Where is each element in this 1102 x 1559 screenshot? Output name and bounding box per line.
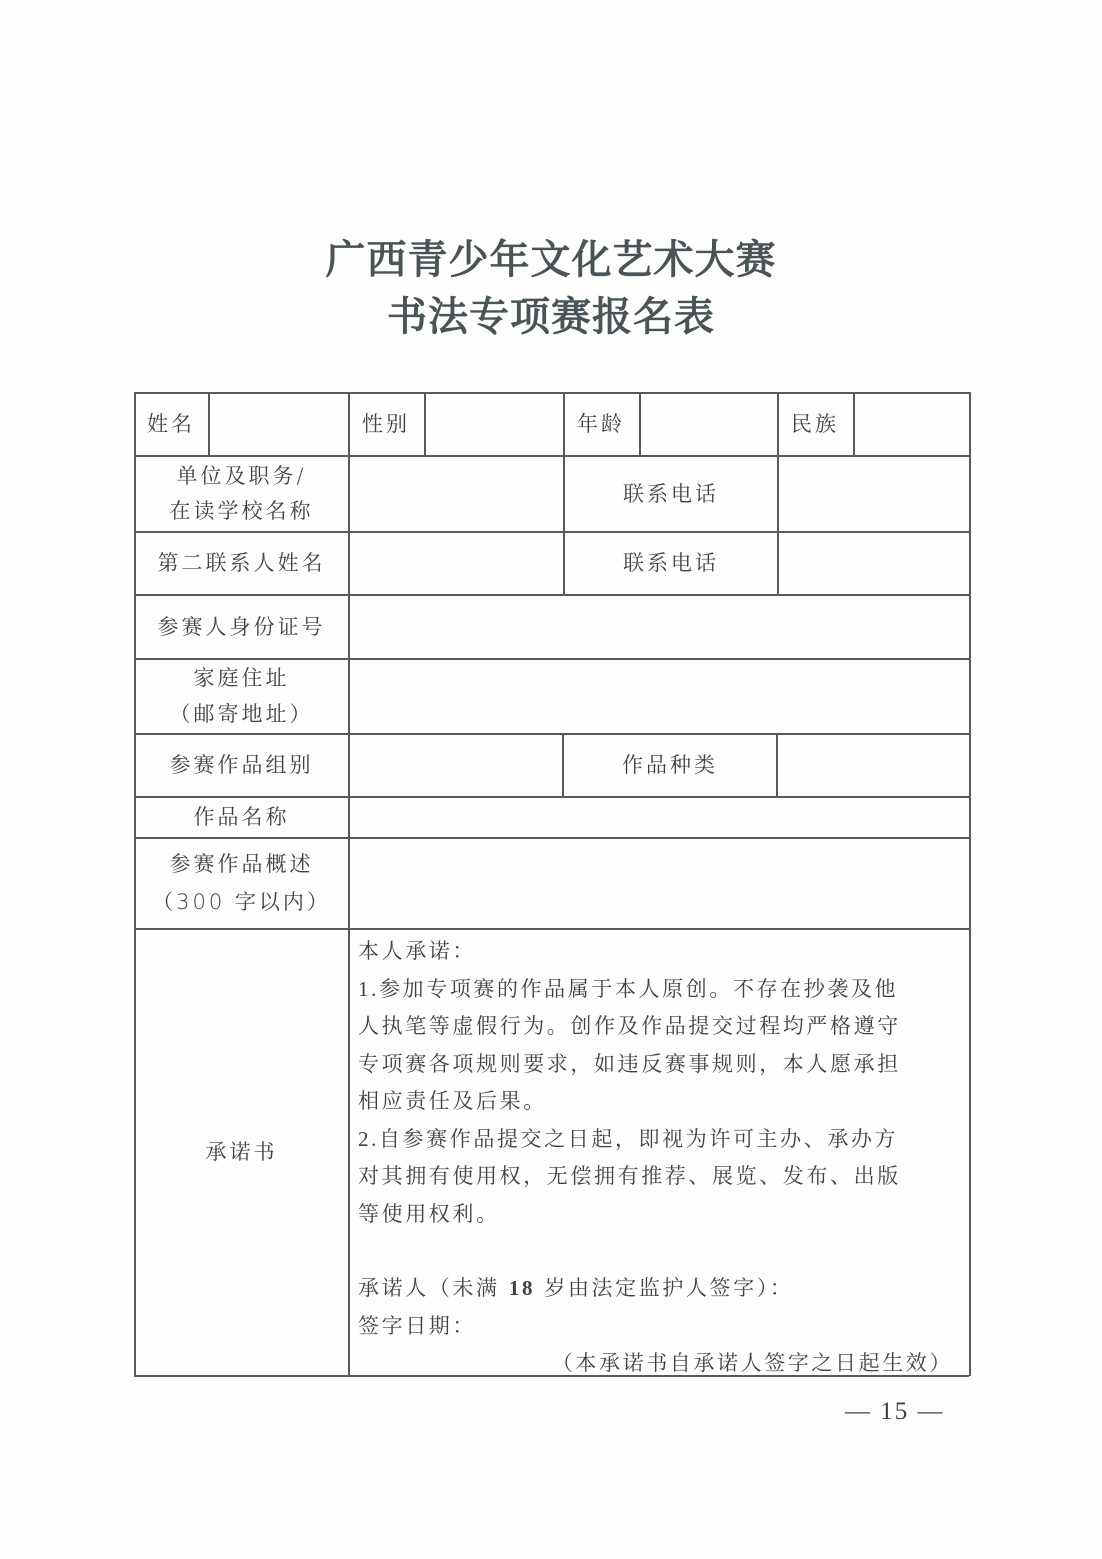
ethnicity-field[interactable] [855, 394, 968, 454]
signer-label-post: 岁由法定监护人签字）： [535, 1276, 793, 1300]
second-contact-field[interactable] [350, 533, 562, 593]
pledge-item-1: 1.参加专项赛的作品属于本人原创。不存在抄袭及他 [358, 971, 963, 1009]
effective-note: （本承诺书自承诺人签字之日起生效） [358, 1345, 963, 1383]
pledge-item-1-number: 1. [358, 977, 379, 1001]
organization-field[interactable] [350, 457, 562, 530]
pledge-item-2-line1: 自参赛作品提交之日起，即视为许可主办、承办方 [379, 1127, 898, 1151]
work-name-field[interactable] [350, 798, 968, 836]
organization-label: 单位及职务/ 在读学校名称 [135, 456, 348, 531]
page-number: — 15 — [845, 1398, 945, 1426]
pledge-item-1-line1: 参加专项赛的作品属于本人原创。不存在抄袭及他 [379, 977, 898, 1001]
gender-field[interactable] [426, 394, 562, 454]
gender-label: 性别 [350, 393, 424, 455]
phone-label: 联系电话 [565, 456, 777, 531]
second-phone-label: 联系电话 [565, 532, 777, 594]
name-label: 姓名 [135, 393, 208, 455]
work-summary-field[interactable] [350, 839, 968, 927]
sign-date-line[interactable]: 签字日期： [358, 1308, 963, 1346]
id-number-field[interactable] [350, 596, 968, 657]
age-label: 年龄 [565, 393, 639, 455]
table-border-right [969, 392, 971, 1376]
pledge-label: 承诺书 [135, 929, 348, 1375]
pledge-item-1-line3: 专项赛各项规则要求，如违反赛事规则，本人愿承担 [358, 1046, 963, 1084]
work-type-label: 作品种类 [564, 734, 776, 796]
id-number-label: 参赛人身份证号 [135, 595, 348, 658]
work-name-label: 作品名称 [135, 797, 348, 837]
signer-age: 18 [509, 1276, 535, 1300]
pledge-item-2-number: 2. [358, 1127, 379, 1151]
organization-label-line2: 在读学校名称 [170, 494, 314, 529]
second-contact-label: 第二联系人姓名 [135, 532, 348, 594]
organization-label-line1: 单位及职务/ [176, 459, 306, 494]
ethnicity-label: 民族 [779, 393, 853, 455]
pledge-item-1-line4: 相应责任及后果。 [358, 1083, 963, 1121]
address-field[interactable] [350, 660, 968, 732]
age-field[interactable] [641, 394, 776, 454]
phone-field[interactable] [779, 457, 968, 530]
pledge-content: 本人承诺： 1.参加专项赛的作品属于本人原创。不存在抄袭及他 人执笔等虚假行为。… [358, 933, 963, 1383]
name-field[interactable] [210, 394, 347, 454]
pledge-item-2-line3: 等使用权利。 [358, 1196, 963, 1234]
work-group-label: 参赛作品组别 [135, 734, 348, 796]
pledge-item-2-line2: 对其拥有使用权，无偿拥有推荐、展览、发布、出版 [358, 1158, 963, 1196]
signer-label-pre: 承诺人（未满 [358, 1276, 509, 1300]
work-summary-label: 参赛作品概述 （300 字以内） [135, 838, 348, 928]
pledge-heading: 本人承诺： [358, 933, 963, 971]
signer-line[interactable]: 承诺人（未满 18 岁由法定监护人签字）： [358, 1270, 963, 1308]
address-label-line1: 家庭住址 [194, 660, 290, 696]
work-group-field[interactable] [350, 735, 561, 795]
work-type-field[interactable] [778, 735, 968, 795]
pledge-item-1-line2: 人执笔等虚假行为。创作及作品提交过程均严格遵守 [358, 1008, 963, 1046]
second-phone-field[interactable] [779, 533, 968, 593]
work-summary-label-line2: （300 字以内） [152, 883, 331, 921]
work-summary-label-line1: 参赛作品概述 [170, 845, 314, 883]
address-label-line2: （邮寄地址） [170, 696, 314, 732]
pledge-item-2: 2.自参赛作品提交之日起，即视为许可主办、承办方 [358, 1121, 963, 1159]
address-label: 家庭住址 （邮寄地址） [135, 659, 348, 733]
